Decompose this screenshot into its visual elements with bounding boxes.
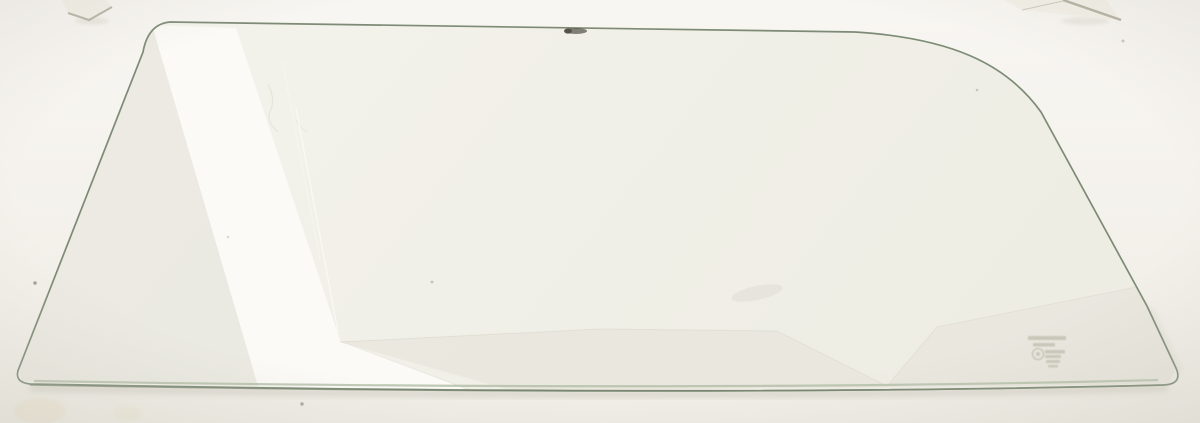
vignette-overlay bbox=[0, 0, 1200, 423]
photo-svg bbox=[0, 0, 1200, 423]
product-photo: Photograph of a large clear trapezoid-sh… bbox=[0, 0, 1200, 423]
